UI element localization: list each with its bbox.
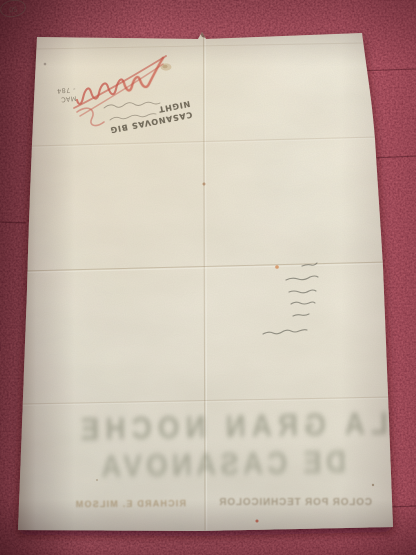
bleedthrough-credit-left: RICHARD E. MILSOM bbox=[28, 498, 186, 509]
bleedthrough-title-line2: DE CASANOVA bbox=[54, 444, 347, 486]
photo-of-poster-back: CASANOVAS BIG NIGHT MAC - 784 50 LA GRAN… bbox=[0, 0, 416, 555]
bleedthrough-credit-right: COLOR POR TECHNICOLOR bbox=[186, 497, 372, 508]
bleedthrough-title-line1: LA GRAN NOCHE bbox=[52, 406, 389, 448]
